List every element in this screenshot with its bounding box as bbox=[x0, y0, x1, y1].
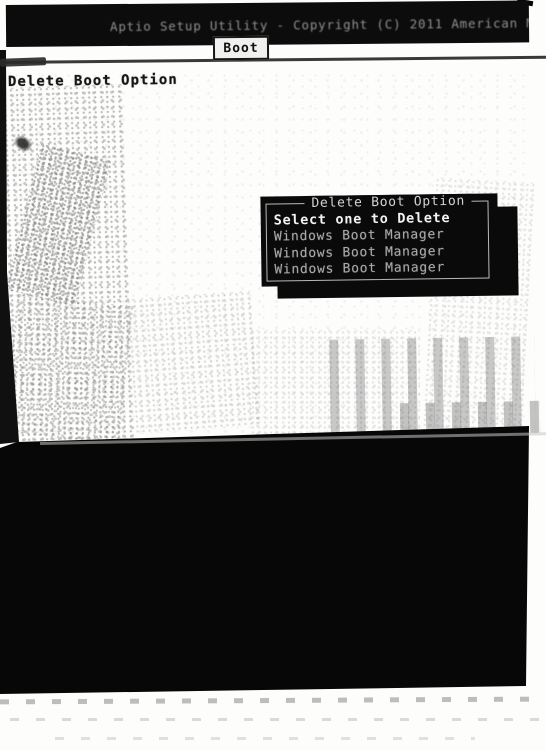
dialog-body: Select one to Delete Windows Boot Manage… bbox=[274, 210, 485, 279]
scan-noise-patch bbox=[0, 84, 134, 444]
delete-boot-option-dialog: Delete Boot Option Select one to Delete … bbox=[260, 193, 498, 286]
scan-smudge bbox=[55, 737, 475, 740]
scan-streaks bbox=[329, 336, 536, 438]
scan-noise-patch bbox=[250, 330, 420, 435]
tab-boot[interactable]: Boot bbox=[213, 36, 269, 60]
scanned-bios-screenshot: Aptio Setup Utility - Copyright (C) 2011… bbox=[0, 0, 546, 750]
scan-smudge bbox=[0, 57, 46, 67]
screen-dark-region bbox=[0, 424, 546, 696]
scan-scratch-mark bbox=[11, 132, 36, 156]
titlebar-text: Aptio Setup Utility - Copyright (C) 2011… bbox=[110, 15, 529, 34]
boot-option-item[interactable]: Windows Boot Manager bbox=[274, 260, 484, 279]
scan-noise-patch bbox=[125, 291, 259, 434]
dialog-title: Delete Boot Option bbox=[304, 194, 472, 211]
scan-noise-patch bbox=[5, 144, 111, 307]
page-left-edge bbox=[0, 50, 22, 450]
scan-smudge bbox=[10, 718, 540, 721]
tab-boot-label: Boot bbox=[223, 40, 258, 55]
page-title: Delete Boot Option bbox=[8, 72, 178, 90]
menubar-divider bbox=[0, 56, 546, 64]
scan-smudge bbox=[0, 697, 546, 705]
scan-noise-patch bbox=[1, 294, 137, 446]
